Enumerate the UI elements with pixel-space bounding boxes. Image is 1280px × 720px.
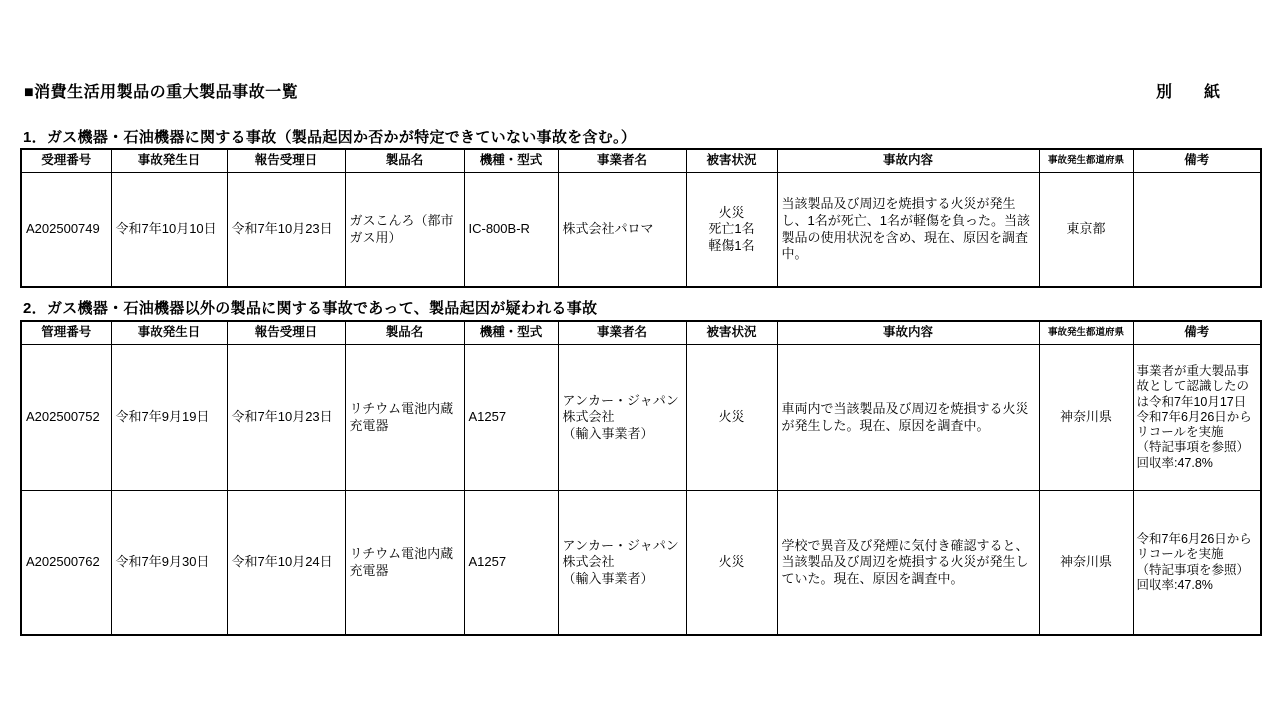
table2-header-row: 管理番号 事故発生日 報告受理日 製品名 機種・型式 事業者名 被害状況 事故内… — [21, 321, 1261, 345]
col-header-prefecture: 事故発生都道府県 — [1039, 321, 1133, 345]
table-row: A202500752 令和7年9月19日 令和7年10月23日 リチウム電池内蔵… — [21, 345, 1261, 491]
cell-report-date: 令和7年10月24日 — [227, 491, 345, 636]
col-header-id: 管理番号 — [21, 321, 111, 345]
gas-oil-accidents-table: 受理番号 事故発生日 報告受理日 製品名 機種・型式 事業者名 被害状況 事故内… — [20, 148, 1262, 288]
col-header-accident-date: 事故発生日 — [111, 149, 227, 173]
cell-product: リチウム電池内蔵充電器 — [345, 491, 464, 636]
cell-company: アンカー・ジャパン株式会社 （輸入事業者） — [558, 491, 686, 636]
col-header-description: 事故内容 — [777, 149, 1039, 173]
cell-model: IC-800B-R — [464, 173, 558, 288]
col-header-model: 機種・型式 — [464, 149, 558, 173]
cell-description: 車両内で当該製品及び周辺を焼損する火災が発生した。現在、原因を調査中。 — [777, 345, 1039, 491]
col-header-report-date: 報告受理日 — [227, 321, 345, 345]
cell-product: リチウム電池内蔵充電器 — [345, 345, 464, 491]
cell-notes — [1133, 173, 1261, 288]
cell-accident-date: 令和7年9月30日 — [111, 491, 227, 636]
cell-description: 学校で異音及び発煙に気付き確認すると、当該製品及び周辺を焼損する火災が発生してい… — [777, 491, 1039, 636]
cell-description: 当該製品及び周辺を焼損する火災が発生し、1名が死亡、1名が軽傷を負った。当該製品… — [777, 173, 1039, 288]
col-header-accident-date: 事故発生日 — [111, 321, 227, 345]
col-header-product: 製品名 — [345, 149, 464, 173]
col-header-damage: 被害状況 — [686, 321, 777, 345]
col-header-model: 機種・型式 — [464, 321, 558, 345]
cell-company: アンカー・ジャパン株式会社 （輸入事業者） — [558, 345, 686, 491]
non-gas-product-accidents-table: 管理番号 事故発生日 報告受理日 製品名 機種・型式 事業者名 被害状況 事故内… — [20, 320, 1262, 636]
cell-prefecture: 神奈川県 — [1039, 491, 1133, 636]
page-title: ■消費生活用製品の重大製品事故一覧 — [24, 79, 298, 102]
cell-accident-date: 令和7年10月10日 — [111, 173, 227, 288]
col-header-notes: 備考 — [1133, 321, 1261, 345]
attachment-label: 別 紙 — [1156, 79, 1220, 102]
col-header-company: 事業者名 — [558, 149, 686, 173]
cell-notes: 令和7年6月26日からリコールを実施 （特記事項を参照） 回収率:47.8% — [1133, 491, 1261, 636]
col-header-damage: 被害状況 — [686, 149, 777, 173]
cell-prefecture: 神奈川県 — [1039, 345, 1133, 491]
table-row: A202500762 令和7年9月30日 令和7年10月24日 リチウム電池内蔵… — [21, 491, 1261, 636]
col-header-report-date: 報告受理日 — [227, 149, 345, 173]
cell-product: ガスこんろ（都市ガス用） — [345, 173, 464, 288]
cell-damage: 火災 死亡1名 軽傷1名 — [686, 173, 777, 288]
section2-heading: 2．ガス機器・石油機器以外の製品に関する事故であって、製品起因が疑われる事故 — [23, 297, 597, 318]
cell-model: A1257 — [464, 491, 558, 636]
col-header-description: 事故内容 — [777, 321, 1039, 345]
cell-company: 株式会社パロマ — [558, 173, 686, 288]
col-header-prefecture: 事故発生都道府県 — [1039, 149, 1133, 173]
col-header-product: 製品名 — [345, 321, 464, 345]
cell-id: A202500752 — [21, 345, 111, 491]
col-header-notes: 備考 — [1133, 149, 1261, 173]
table1-header-row: 受理番号 事故発生日 報告受理日 製品名 機種・型式 事業者名 被害状況 事故内… — [21, 149, 1261, 173]
cell-damage: 火災 — [686, 491, 777, 636]
col-header-id: 受理番号 — [21, 149, 111, 173]
cell-model: A1257 — [464, 345, 558, 491]
cell-prefecture: 東京都 — [1039, 173, 1133, 288]
cell-notes: 事業者が重大製品事故として認識したのは令和7年10月17日 令和7年6月26日か… — [1133, 345, 1261, 491]
cell-damage: 火災 — [686, 345, 777, 491]
cell-id: A202500749 — [21, 173, 111, 288]
table-row: A202500749 令和7年10月10日 令和7年10月23日 ガスこんろ（都… — [21, 173, 1261, 288]
cell-accident-date: 令和7年9月19日 — [111, 345, 227, 491]
cell-report-date: 令和7年10月23日 — [227, 345, 345, 491]
cell-id: A202500762 — [21, 491, 111, 636]
cell-report-date: 令和7年10月23日 — [227, 173, 345, 288]
col-header-company: 事業者名 — [558, 321, 686, 345]
section1-heading: 1．ガス機器・石油機器に関する事故（製品起因か否かが特定できていない事故を含む。… — [23, 126, 636, 147]
